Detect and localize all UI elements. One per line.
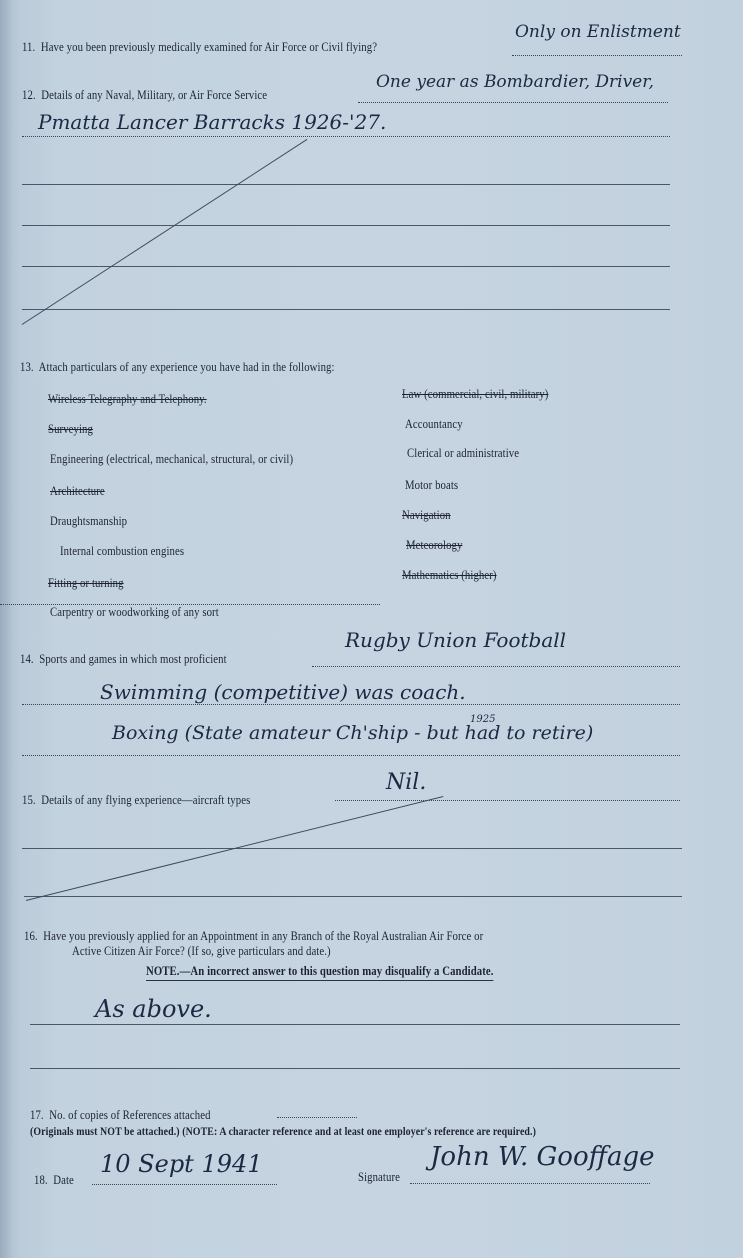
q17-label: No. of copies of References attached	[49, 1108, 210, 1122]
q18-signature-label: Signature	[358, 1170, 400, 1185]
q13-left-5: Internal combustion engines	[60, 544, 184, 559]
q18-number: 18.	[34, 1173, 48, 1187]
q15-line-3	[24, 896, 682, 897]
q13-right-6: Mathematics (higher)	[402, 568, 497, 583]
q12-line-4	[22, 225, 670, 226]
q16-number: 16.	[24, 929, 38, 943]
q15-answer-line	[335, 800, 680, 801]
q12-question: 12. Details of any Naval, Military, or A…	[22, 88, 267, 103]
q14-answer-1[interactable]: Rugby Union Football	[345, 628, 566, 652]
q12-label: Details of any Naval, Military, or Air F…	[41, 88, 267, 102]
q15-answer[interactable]: Nil.	[386, 770, 426, 795]
q14-answer-line-1	[312, 666, 680, 667]
q16-answer[interactable]: As above.	[95, 995, 212, 1023]
q13-left-2: Engineering (electrical, mechanical, str…	[50, 452, 293, 467]
q17-note: (Originals must NOT be attached.) (NOTE:…	[30, 1126, 536, 1138]
q11-answer[interactable]: Only on Enlistment	[515, 22, 681, 42]
q12-answer-1[interactable]: One year as Bombardier, Driver,	[376, 72, 654, 92]
q12-cancel-stroke	[22, 139, 308, 325]
q13-right-0: Law (commercial, civil, military)	[402, 387, 548, 402]
q13-right-5: Meteorology	[406, 538, 462, 553]
q13-number: 13.	[20, 360, 34, 374]
q16-label-2: Active Citizen Air Force? (If so, give p…	[72, 944, 331, 959]
q18-date-label: 18. Date	[34, 1173, 74, 1188]
q16-line-2	[30, 1068, 680, 1069]
q12-answer-line-1	[358, 102, 668, 103]
q12-line-3	[22, 184, 670, 185]
q18-signature-value[interactable]: John W. Gooffage	[430, 1142, 655, 1172]
q13-right-1: Accountancy	[405, 417, 463, 432]
q13-question: 13. Attach particulars of any experience…	[20, 360, 335, 375]
q11-question: 11. Have you been previously medically e…	[22, 40, 377, 55]
q15-question: 15. Details of any flying experience—air…	[22, 793, 250, 808]
q12-line-6	[22, 309, 670, 310]
q18-date-value[interactable]: 10 Sept 1941	[100, 1150, 263, 1178]
q13-left-6: Fitting or turning	[48, 576, 124, 591]
q13-right-3: Motor boats	[405, 478, 458, 493]
q17-question: 17. No. of copies of References attached	[30, 1108, 211, 1123]
q15-number: 15.	[22, 793, 36, 807]
q14-answer-line-2	[22, 704, 680, 705]
q12-line-5	[22, 266, 670, 267]
q12-number: 12.	[22, 88, 36, 102]
q11-number: 11.	[22, 40, 35, 54]
q14-question: 14. Sports and games in which most profi…	[20, 652, 227, 667]
q14-answer-3[interactable]: Boxing (State amateur Ch'ship - but had …	[112, 722, 593, 744]
q12-answer-2[interactable]: Pmatta Lancer Barracks 1926-'27.	[38, 110, 386, 134]
q14-answer-2[interactable]: Swimming (competitive) was coach.	[100, 680, 466, 704]
q14-label: Sports and games in which most proficien…	[39, 652, 226, 666]
q11-answer-line	[512, 55, 682, 56]
q13-right-2: Clerical or administrative	[407, 446, 519, 461]
q16-answer-line	[30, 1024, 680, 1025]
q16-question: 16. Have you previously applied for an A…	[24, 929, 483, 944]
q15-label: Details of any flying experience—aircraf…	[41, 793, 250, 807]
q14-answer-line-3	[22, 755, 680, 756]
q11-label: Have you been previously medically exami…	[41, 40, 377, 54]
q13-label: Attach particulars of any experience you…	[39, 360, 335, 374]
q16-label-1: Have you previously applied for an Appoi…	[43, 929, 483, 943]
q17-number: 17.	[30, 1108, 44, 1122]
scan-edge-shadow	[0, 0, 14, 1258]
q17-answer-line[interactable]	[277, 1117, 357, 1118]
q13-left-7: Carpentry or woodworking of any sort	[50, 605, 219, 620]
q12-answer-line-2	[22, 136, 670, 137]
q13-left-1: Surveying	[48, 422, 93, 437]
q13-left-0: Wireless Telegraphy and Telephony.	[48, 392, 207, 407]
q18-signature-line	[410, 1183, 650, 1184]
q15-line-2	[22, 848, 682, 849]
q13-right-4: Navigation	[402, 508, 451, 523]
q18-date-line	[92, 1184, 277, 1185]
q16-note: NOTE.—An incorrect answer to this questi…	[146, 964, 494, 981]
q13-left-3: Architecture	[50, 484, 105, 499]
q14-number: 14.	[20, 652, 34, 666]
q13-left-4: Draughtsmanship	[50, 514, 127, 529]
q13-margin-line	[0, 604, 380, 605]
